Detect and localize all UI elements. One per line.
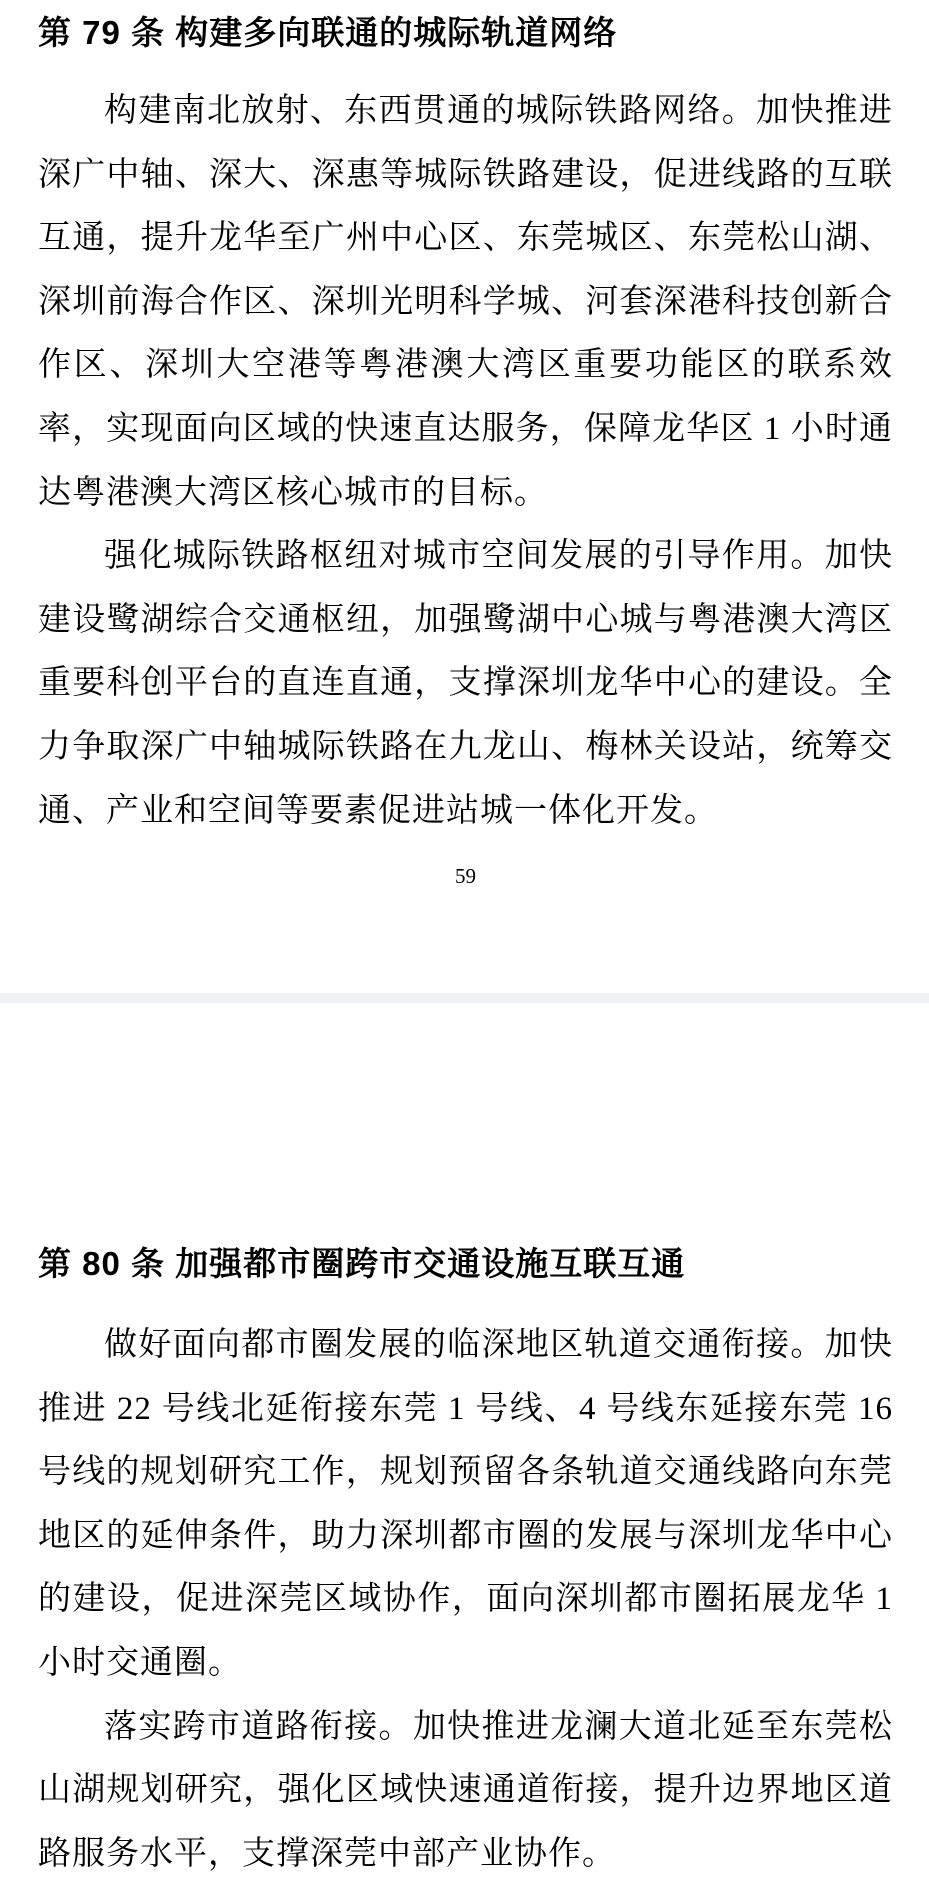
page-number: 59 xyxy=(38,864,893,888)
document-page-1: 第 79 条 构建多向联通的城际轨道网络 构建南北放射、东西贯通的城际铁路网络。… xyxy=(0,0,929,993)
document-page-2: 第 80 条 加强都市圈跨市交通设施互联互通 做好面向都市圈发展的临深地区轨道交… xyxy=(0,1003,929,1897)
section-heading-article-79: 第 79 条 构建多向联通的城际轨道网络 xyxy=(38,14,893,52)
paragraph: 做好面向都市圈发展的临深地区轨道交通衔接。加快推进 22 号线北延衔接东莞 1 … xyxy=(38,1314,893,1696)
paragraph: 构建南北放射、东西贯通的城际铁路网络。加快推进深广中轴、深大、深惠等城际铁路建设… xyxy=(38,80,893,525)
page-gap-separator xyxy=(0,993,929,1003)
paragraph: 落实跨市道路衔接。加快推进龙澜大道北延至东莞松山湖规划研究，强化区域快速通道衔接… xyxy=(38,1696,893,1887)
article-79-body: 构建南北放射、东西贯通的城际铁路网络。加快推进深广中轴、深大、深惠等城际铁路建设… xyxy=(38,80,893,843)
paragraph: 强化城际铁路枢纽对城市空间发展的引导作用。加快建设鹭湖综合交通枢纽，加强鹭湖中心… xyxy=(38,525,893,843)
section-heading-article-80: 第 80 条 加强都市圈跨市交通设施互联互通 xyxy=(38,1245,893,1283)
article-80-body: 做好面向都市圈发展的临深地区轨道交通衔接。加快推进 22 号线北延衔接东莞 1 … xyxy=(38,1314,893,1886)
